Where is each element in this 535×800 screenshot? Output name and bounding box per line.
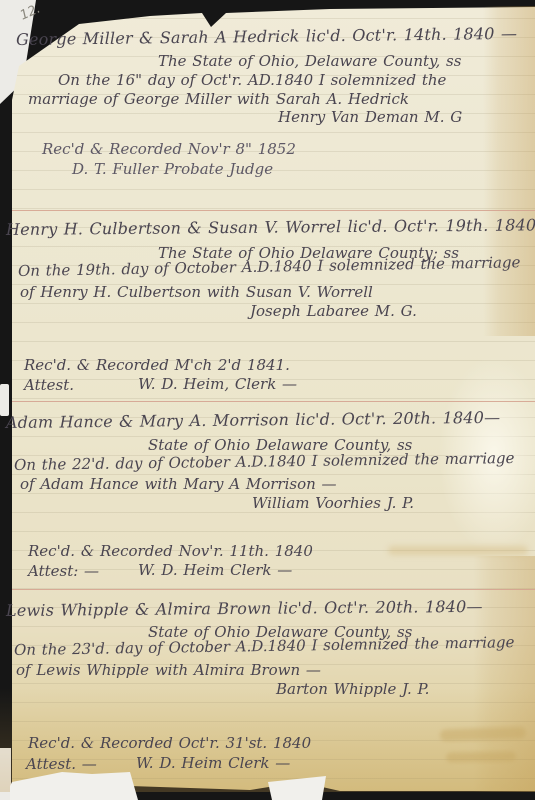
officiant-signature: William Voorhies J. P.	[252, 494, 414, 512]
backing-paper-left	[0, 384, 9, 416]
entry-body-line: On the 16" day of Oct'r. AD.1840 I solem…	[58, 71, 446, 89]
red-rule-divider	[12, 210, 535, 211]
entry-body-line: of Adam Hance with Mary A Morrison —	[20, 475, 337, 493]
recorded-line: Rec'd & Recorded Nov'r 8" 1852	[42, 140, 296, 158]
attest-label: Attest.	[24, 376, 74, 394]
officiant-signature: Barton Whipple J. P.	[276, 680, 429, 698]
attest-label: Attest: —	[28, 562, 99, 580]
recorded-line: Rec'd. & Recorded M'ch 2'd 1841.	[24, 356, 290, 374]
clerk-signature: D. T. Fuller Probate Judge	[72, 160, 273, 178]
officiant-signature: Henry Van Deman M. G	[278, 108, 462, 126]
entry-body-line: of Lewis Whipple with Almira Brown —	[16, 661, 321, 679]
entry-body-line: marriage of George Miller with Sarah A. …	[28, 90, 409, 108]
state-county-line: The State of Ohio, Delaware County, ss	[158, 52, 461, 70]
clerk-signature: W. D. Heim, Clerk —	[138, 375, 297, 393]
backing-paper-left-bottom	[0, 748, 11, 800]
recorded-line: Rec'd. & Recorded Nov'r. 11th. 1840	[28, 542, 313, 560]
scanned-ledger-page: 12. George Miller & Sarah A Hedrick lic'…	[0, 0, 535, 800]
clerk-signature: W. D. Heim Clerk —	[138, 561, 292, 579]
recorded-line: Rec'd. & Recorded Oct'r. 31'st. 1840	[28, 734, 311, 752]
entry-body-line: of Henry H. Culbertson with Susan V. Wor…	[20, 283, 373, 301]
officiant-signature: Joseph Labaree M. G.	[250, 302, 417, 320]
red-rule-divider	[12, 401, 535, 402]
attest-label: Attest. —	[26, 755, 97, 773]
clerk-signature: W. D. Heim Clerk —	[136, 754, 290, 772]
red-rule-divider	[12, 589, 535, 590]
